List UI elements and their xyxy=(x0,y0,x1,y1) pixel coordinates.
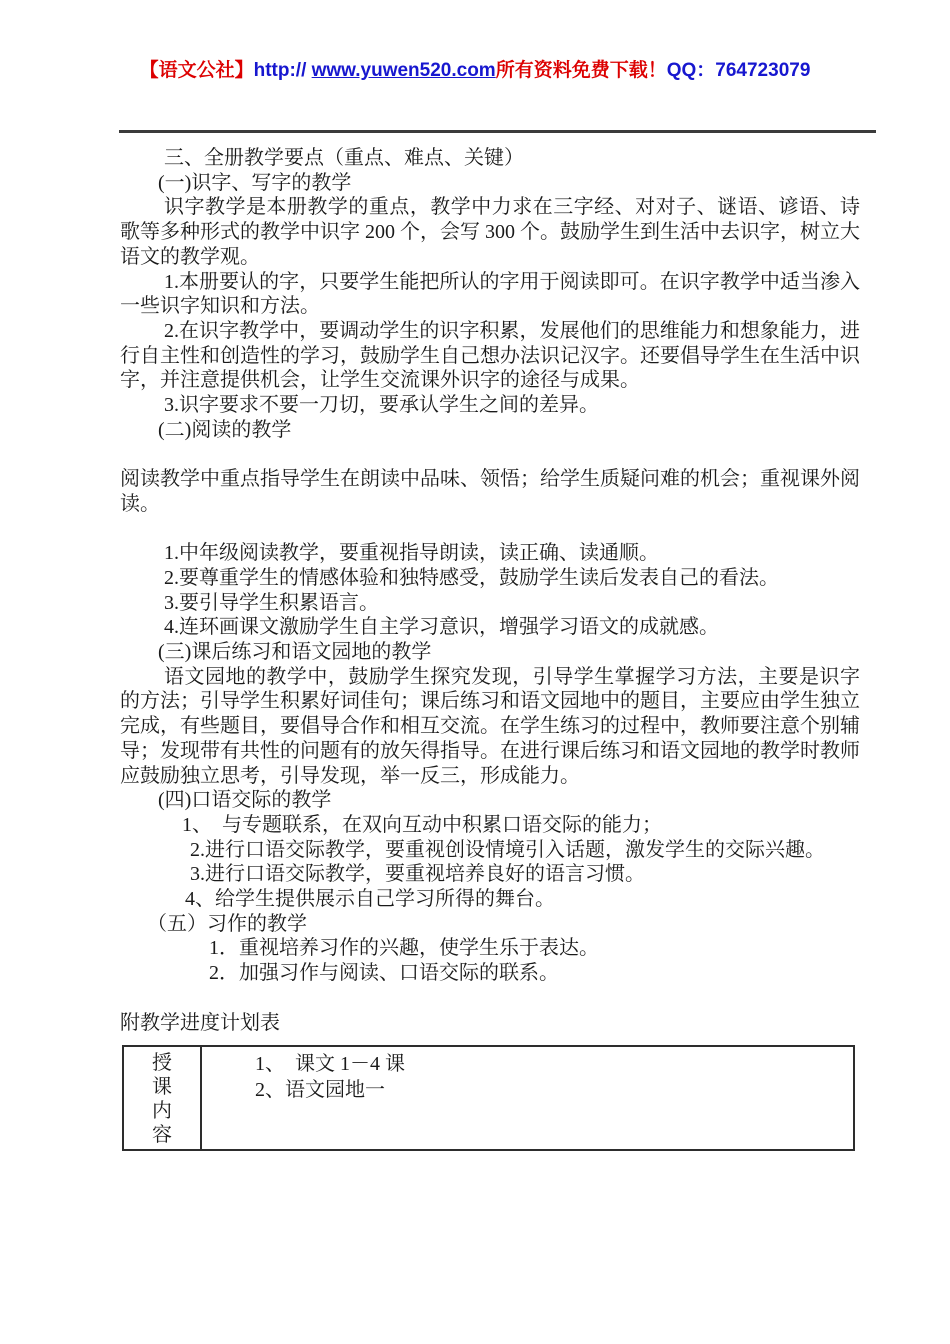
site-url-link[interactable]: www.yuwen520.com xyxy=(312,60,496,81)
paragraph: 4、给学生提供展示自己学习所得的舞台。 xyxy=(120,887,860,912)
table-row-header-cell: 授课内容 xyxy=(124,1047,202,1149)
subsection-heading: (三)课后练习和语文园地的教学 xyxy=(120,640,860,665)
document-page: 【语文公社】http:// www.yuwen520.com所有资料免费下载！Q… xyxy=(0,0,950,1344)
site-banner: 【语文公社】http:// www.yuwen520.com所有资料免费下载！Q… xyxy=(0,56,950,86)
subsection-heading: （五）习作的教学 xyxy=(120,912,860,937)
paragraph: 3.识字要求不要一刀切，要承认学生之间的差异。 xyxy=(120,393,860,418)
section-title: 三、全册教学要点（重点、难点、关键） xyxy=(120,146,860,171)
banner-site-name: 【语文公社】 xyxy=(140,60,254,81)
paragraph: 2.要尊重学生的情感体验和独特感受，鼓励学生读后发表自己的看法。 xyxy=(120,566,860,591)
paragraph: 1.中年级阅读教学，要重视指导朗读，读正确、读通顺。 xyxy=(120,541,860,566)
banner-download-note: 所有资料免费下载！ xyxy=(496,60,667,81)
paragraph: 3.进行口语交际教学，要重视培养良好的语言习惯。 xyxy=(120,862,860,887)
subsection-heading: (二)阅读的教学 xyxy=(120,418,860,443)
paragraph: 2.进行口语交际教学，要重视创设情境引入话题，激发学生的交际兴趣。 xyxy=(120,838,860,863)
paragraph: 2．加强习作与阅读、口语交际的联系。 xyxy=(120,961,860,986)
paragraph: 1．重视培养习作的兴趣，使学生乐于表达。 xyxy=(120,936,860,961)
paragraph: 2.在识字教学中，要调动学生的识字积累，发展他们的思维能力和想象能力，进行自主性… xyxy=(120,319,860,393)
banner-qq-number: QQ：764723079 xyxy=(667,60,811,81)
schedule-table: 授课内容 1、 课文 1－4 课 2、语文园地一 xyxy=(122,1045,855,1151)
banner-url-prefix: http:// xyxy=(254,60,312,81)
paragraph: 4.连环画课文激励学生自主学习意识，增强学习语文的成就感。 xyxy=(120,615,860,640)
subsection-heading: (一)识字、写字的教学 xyxy=(120,171,860,196)
paragraph: 语文园地的教学中，鼓励学生探究发现，引导学生掌握学习方法，主要是识字的方法；引导… xyxy=(120,665,860,789)
paragraph: 3.要引导学生积累语言。 xyxy=(120,591,860,616)
document-body: 三、全册教学要点（重点、难点、关键） (一)识字、写字的教学 识字教学是本册教学… xyxy=(120,146,860,1151)
paragraph: 识字教学是本册教学的重点，教学中力求在三字经、对对子、谜语、谚语、诗歌等多种形式… xyxy=(120,195,860,269)
paragraph: 1、 与专题联系，在双向互动中积累口语交际的能力； xyxy=(120,813,860,838)
subsection-heading: (四)口语交际的教学 xyxy=(120,788,860,813)
paragraph: 1.本册要认的字，只要学生能把所认的字用于阅读即可。在识字教学中适当渗入一些识字… xyxy=(120,270,860,319)
horizontal-rule xyxy=(119,130,876,133)
row-header-vertical-text: 授课内容 xyxy=(152,1047,172,1149)
table-content-line: 2、语文园地一 xyxy=(255,1077,843,1103)
table-content-cell: 1、 课文 1－4 课 2、语文园地一 xyxy=(202,1047,853,1149)
blank-line xyxy=(120,517,860,542)
blank-line xyxy=(120,986,860,1011)
table-caption: 附教学进度计划表 xyxy=(120,1011,860,1036)
table-content-line: 1、 课文 1－4 课 xyxy=(255,1051,843,1077)
paragraph: 阅读教学中重点指导学生在朗读中品味、领悟；给学生质疑问难的机会；重视课外阅读。 xyxy=(120,467,860,516)
blank-line xyxy=(120,442,860,467)
